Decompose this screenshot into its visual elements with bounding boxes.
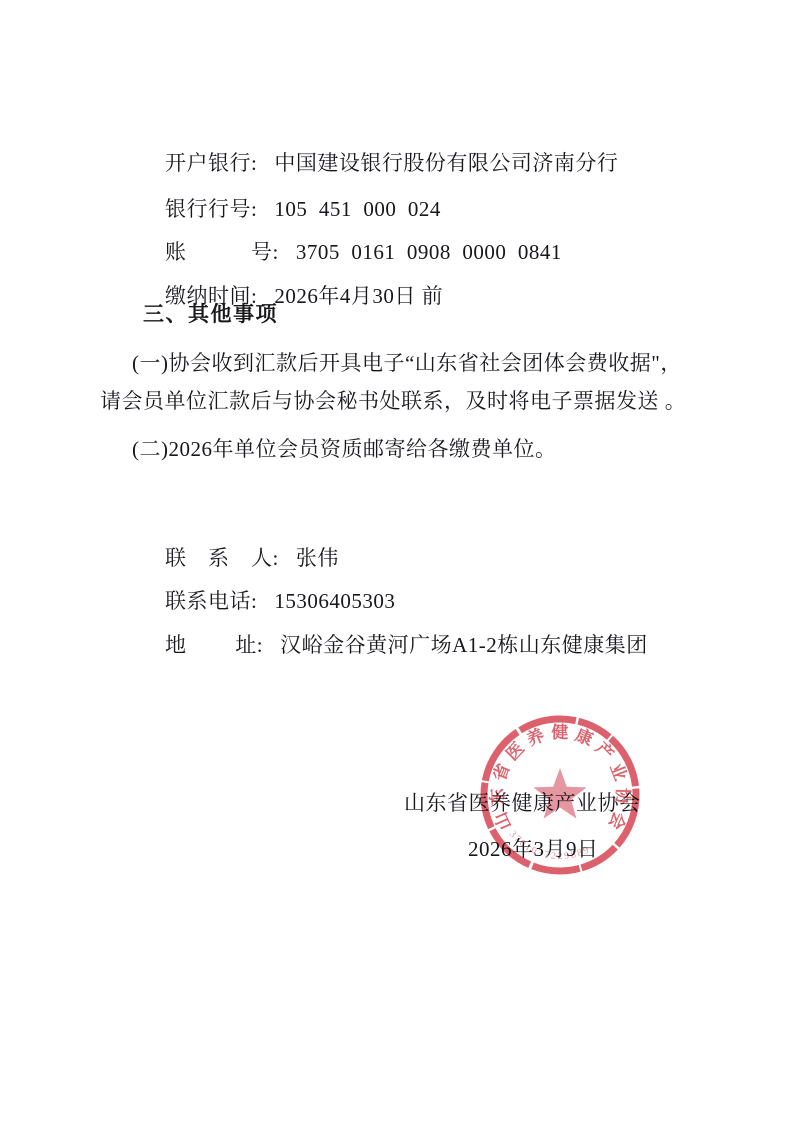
item1-line2: 请会员单位汇款后与协会秘书处联系，及时将电子票据发送 。 — [100, 388, 686, 415]
section-heading: 三、其他事项 — [143, 301, 278, 328]
item2-line: (二)2026年单位会员资质邮寄给各缴费单位。 — [132, 436, 557, 463]
payment-deadline-value: 2026年4月30日 前 — [274, 284, 443, 308]
seal-star-icon — [533, 768, 586, 819]
contact-address-value: 汉峪金谷黄河广场A1-2栋山东健康集团 — [280, 633, 648, 657]
official-seal: 山东省医养健康产业协会 3701037229889 — [474, 708, 646, 880]
contact-address-line: 地 址:汉峪金谷黄河广场A1-2栋山东健康集团 — [142, 605, 648, 686]
item1-line1: (一)协会收到汇款后开具电子“山东省社会团体会费收据"， — [132, 350, 682, 377]
document-page: 开户银行:中国建设银行股份有限公司济南分行 银行行号:105 451 000 0… — [0, 0, 794, 1122]
contact-address-label: 地 址: — [165, 633, 263, 657]
